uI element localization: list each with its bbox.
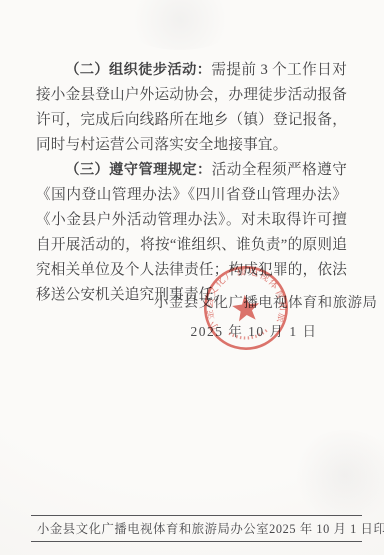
signature-date: 2025 年 10 月 1 日 — [154, 320, 354, 340]
paragraph: （三）遵守管理规定：活动全程须严格遵守《国内登山管理办法》《四川省登山管理办法》… — [36, 158, 347, 308]
paragraph: （二）组织徒步活动：需提前 3 个工作日对接小金县登山户外运动协会，办理徒步活动… — [36, 58, 347, 158]
footer-print-date: 2025 年 10 月 1 日印发 — [269, 519, 384, 537]
document-body: （二）组织徒步活动：需提前 3 个工作日对接小金县登山户外运动协会，办理徒步活动… — [36, 58, 347, 308]
scan-smudge — [120, 0, 240, 50]
footer-imprint: 小金县文化广播电视体育和旅游局办公室 2025 年 10 月 1 日印发 — [31, 515, 362, 542]
scan-smudge — [290, 430, 384, 520]
paragraph-lead: （三）遵守管理规定： — [65, 162, 212, 178]
footer-office: 小金县文化广播电视体育和旅游局办公室 — [37, 519, 269, 537]
paragraph-lead: （二）组织徒步活动： — [65, 62, 211, 78]
signature-agency: 小金县文化广播电视体育和旅游局 — [154, 291, 354, 312]
paragraph-text: 活动全程须严格遵守《国内登山管理办法》《四川省登山管理办法》《小金县户外活动管理… — [36, 162, 347, 303]
signature-block: 小金县文化广播电视体育和旅游局 2025 年 10 月 1 日 — [154, 291, 354, 340]
document-page: （二）组织徒步活动：需提前 3 个工作日对接小金县登山户外运动协会，办理徒步活动… — [0, 0, 384, 555]
